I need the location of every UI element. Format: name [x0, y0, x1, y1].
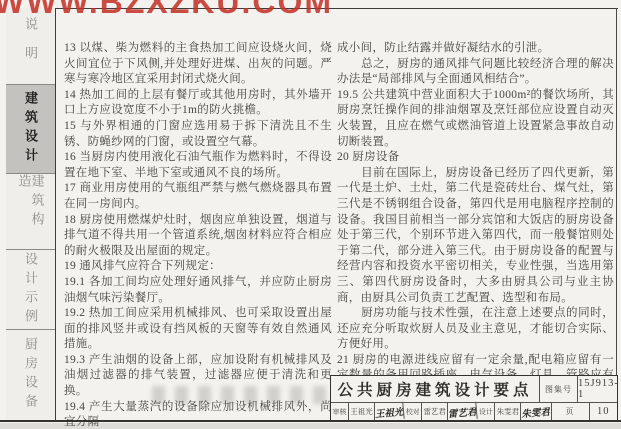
title-block-row-top: 公共厨房建筑设计要点 图集号 15J913-1: [331, 376, 617, 403]
sidebar-tab: 设计示例: [6, 250, 55, 330]
approval-printed-name: 王祖光: [349, 403, 375, 420]
approval-printed-name: 朱雯君: [495, 403, 521, 420]
right-text-column: 成小间，防止结露并做好凝结水的引泄。 总之，厨房的通风排气问题比较经济合理的解决…: [337, 41, 614, 400]
title-block: 公共厨房建筑设计要点 图集号 15J913-1 审核 王祖光 王祖光 校对 雷艺…: [330, 375, 618, 421]
sidebar-tab: 厨房设备: [6, 330, 55, 420]
approval-signature: 雷艺君: [448, 402, 479, 421]
paragraph: 16 当厨房内使用液化石油气瓶作为燃料时，不得设置在地下室、半地下室或通风不良的…: [64, 150, 332, 181]
approvals-row: 审核 王祖光 王祖光 校对 雷艺君 雷艺君 设计 朱雯君 朱雯君: [331, 403, 552, 420]
sidebar-divider-line: [55, 8, 56, 421]
paragraph: 17 商业用房使用的气瓶组严禁与燃气燃烧器具布置在同一房间内。: [64, 181, 332, 212]
sidebar-tab-label: 建筑构造: [18, 174, 44, 249]
page-frame-bottom: [0, 420, 621, 422]
left-text-column: 13 以煤、柴为燃料的主食热加工间应设烧火间，烧火间宜位于下风侧,并处理好进煤、…: [64, 41, 332, 429]
page-frame-right: [616, 8, 617, 421]
sheet-title: 公共厨房建筑设计要点: [331, 376, 540, 402]
paragraph: 19.5 公共建筑中营业面积大于1000m²的餐饮场所，其厨房烹饪操作间的排油烟…: [337, 88, 614, 150]
sidebar-tab-label: 厨房设备: [24, 337, 37, 413]
sidebar-tab-label: 建筑设计: [24, 91, 37, 167]
paragraph: 19.1 各加工间均应处理好通风排气，并应防止厨房油烟气味污染餐厅。: [64, 275, 332, 306]
approval-role-label: 设计: [477, 403, 495, 420]
site-watermark: WWW.BZXZKU.COM: [0, 0, 333, 21]
sidebar-tab: 建筑设计: [6, 85, 55, 174]
approval-role-label: 审核: [331, 403, 349, 420]
approval-printed-name: 雷艺君: [422, 403, 448, 420]
atlas-number-value: 15J913-1: [578, 376, 619, 402]
thumb-index-sidebar: 说明 建筑设计 建筑构造 设计示例 厨房设备: [6, 8, 55, 420]
approval-cell-group: 设计 朱雯君 朱雯君: [477, 403, 550, 420]
paragraph: 目前在国际上，厨房设备已经历了四代更新，第一代是土炉、土灶，第二代是瓷砖灶台、煤…: [337, 166, 614, 306]
atlas-number-label: 图集号: [540, 376, 578, 402]
sidebar-tab-label: 说明: [24, 17, 37, 75]
paragraph: 总之，厨房的通风排气问题比较经济合理的解决办法是“局部排风与全面通风相结合”。: [337, 57, 614, 88]
approval-cell-group: 审核 王祖光 王祖光: [331, 403, 404, 420]
paragraph: 19.4 产生大量蒸汽的设备除应加设机械排风外，尚宜分隔: [64, 400, 332, 429]
paragraph: 20 厨房设备: [337, 150, 614, 166]
paragraph: 13 以煤、柴为燃料的主食热加工间应设烧火间，烧火间宜位于下风侧,并处理好进煤、…: [64, 41, 332, 88]
paragraph: 18 厨房使用燃煤炉灶时，烟囱应单独设置，烟道与排气道不得共用一个管道系统,烟囱…: [64, 213, 332, 260]
ghost-stamp-watermark: [152, 386, 340, 404]
paragraph: 厨房功能与技术性强，在注意上述要点的同时，还应充分听取炊厨人员及业主意见，才能切…: [337, 306, 614, 353]
paragraph: 19 通风排气应符合下列规定：: [64, 259, 332, 275]
title-block-row-bottom: 审核 王祖光 王祖光 校对 雷艺君 雷艺君 设计 朱雯君 朱雯君 页 10: [331, 403, 617, 420]
sidebar-tab-label: 设计示例: [24, 252, 37, 328]
approval-signature: 朱雯君: [521, 402, 552, 421]
paragraph: 成小间，防止结露并做好凝结水的引泄。: [337, 41, 614, 57]
approval-cell-group: 校对 雷艺君 雷艺君: [404, 403, 477, 420]
approval-role-label: 校对: [404, 403, 422, 420]
approval-signature: 王祖光: [374, 402, 405, 421]
sidebar-tab: 建筑构造: [6, 174, 55, 250]
paragraph: 14 热加工间的上层有餐厅或其他用房时，其外墙开口上方应设宽度不小于1m的防火挑…: [64, 88, 332, 119]
page-number: 10: [590, 403, 617, 420]
paragraph: 15 与外界相通的门窗应选用易于拆下清洗且不生锈、防蝇纱网的门窗，或设置空气幕。: [64, 119, 332, 150]
scanned-page: 说明 建筑设计 建筑构造 设计示例 厨房设备 13 以煤、柴为燃料的主食热加工间…: [0, 0, 621, 423]
paragraph: 19.2 热加工间应采用机械排风、也可采取设置出屋面的排风竖井或设有挡风板的天窗…: [64, 306, 332, 353]
page-label: 页: [552, 403, 590, 420]
